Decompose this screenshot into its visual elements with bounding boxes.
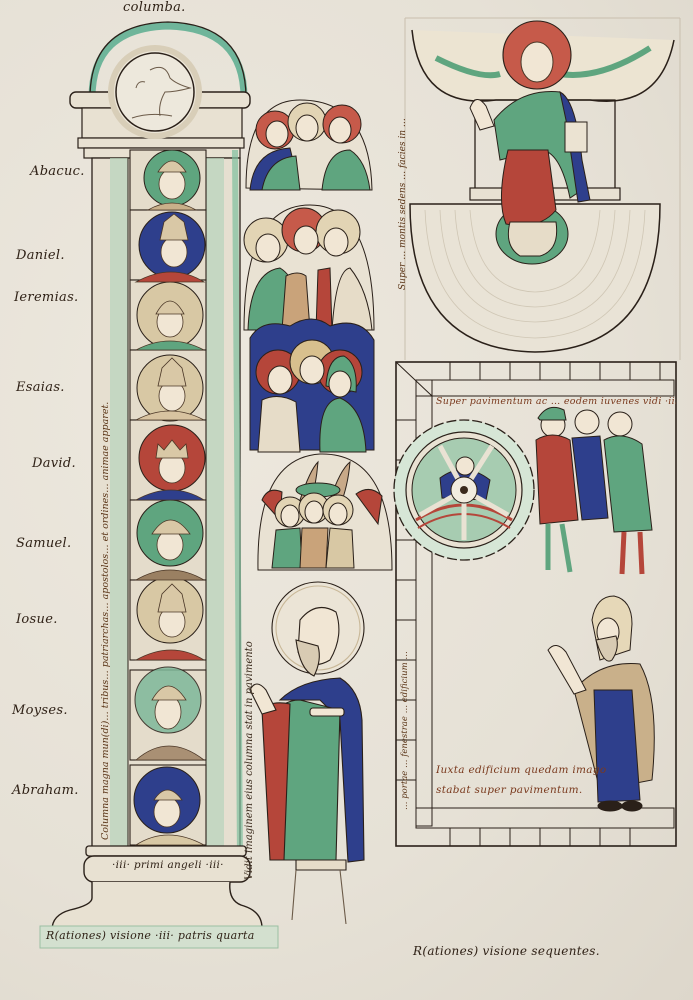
prophet-label-ieremias: Ieremias. [14, 290, 78, 305]
footer-left-caption: R(ationes) visione ·iii· patris quarta [46, 929, 255, 942]
footer-right-caption: R(ationes) visione sequentes. [413, 944, 600, 958]
column-title: columba. [123, 0, 186, 15]
right-panel-top-caption: Super pavimentum ac … eodem iuvenes vidi… [436, 396, 676, 407]
right-panel-bottom-caption-line2: stabat super pavimentum. [436, 784, 583, 796]
prophet-inscription: Vidit imaginem eius columna stat in pavi… [244, 560, 255, 880]
prophet-label-esaias: Esaias. [16, 380, 65, 395]
prophet-label-abraham: Abraham. [12, 783, 79, 798]
right-panel-side-inscription: … portae … fenestrae … edificium … [400, 410, 410, 810]
prophet-label-david: David. [32, 456, 76, 471]
prophet-label-iosue: Iosue. [16, 612, 58, 627]
prophet-label-moyses: Moyses. [12, 703, 68, 718]
prophet-label-samuel: Samuel. [16, 536, 71, 551]
right-panel-bottom-caption-line1: Iuxta edificium quedam imago [436, 764, 606, 776]
prophet-label-abacuc: Abacuc. [30, 164, 85, 179]
prophet-label-daniel: Daniel. [16, 248, 65, 263]
column-base-caption: ·iii· primi angeli ·iii· [112, 859, 224, 871]
manuscript-page: columba. Abacuc. Daniel. Ieremias. Esaia… [0, 0, 693, 1000]
throne-inscription: Super … montis sedens … facies in … [398, 170, 408, 290]
column-inscription: Columna magna mun(di)… tribus… patriarch… [100, 160, 111, 840]
